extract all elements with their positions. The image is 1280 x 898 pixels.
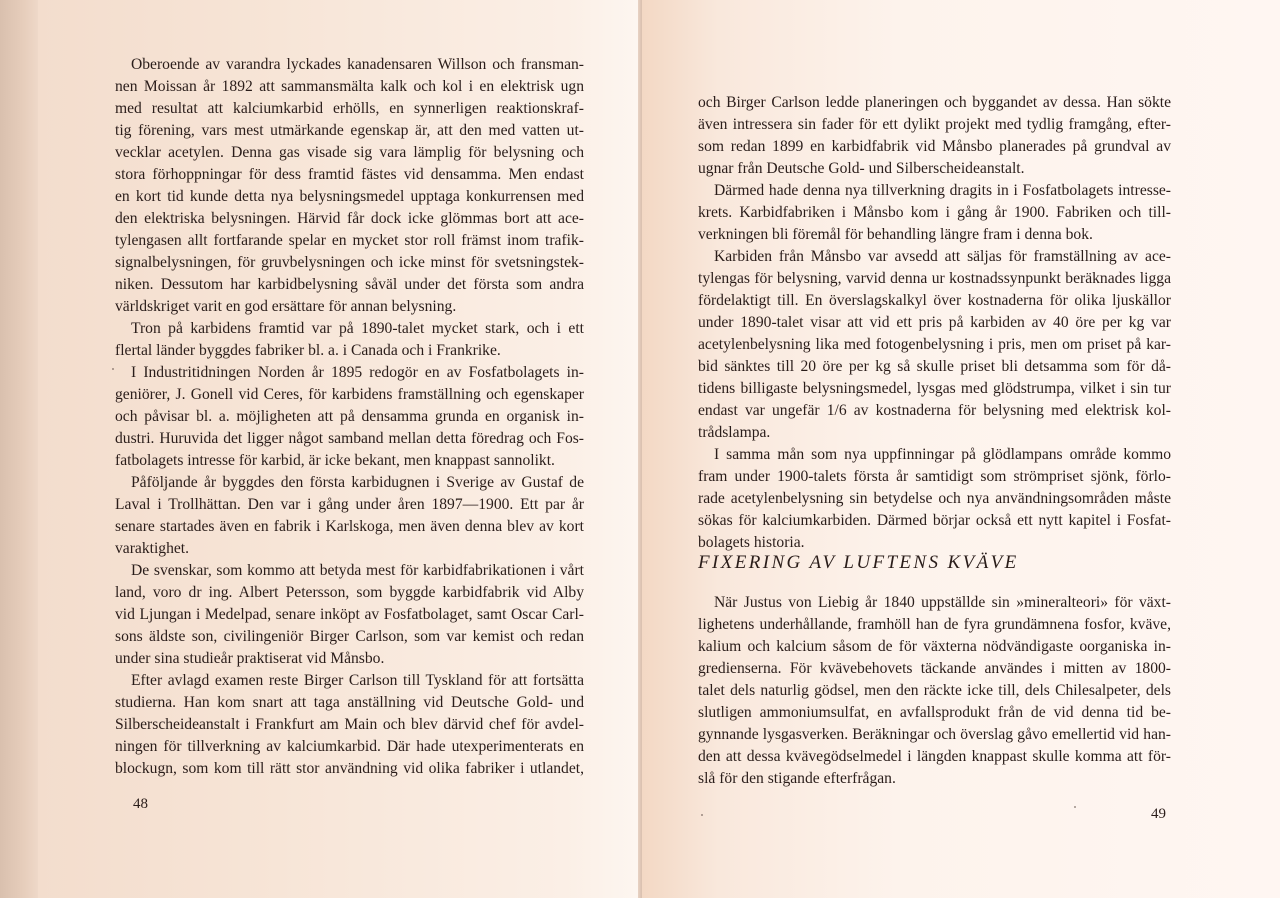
text-line: fördelaktigt till. En överslagskalkyl öv… bbox=[698, 290, 1171, 312]
paragraph: Därmed hade denna nya tillverkning dragi… bbox=[698, 180, 1171, 246]
text-line: signalbelysningen, för gruvbelysningen o… bbox=[115, 252, 584, 274]
right-page-section-body: När Justus von Liebig år 1840 uppställde… bbox=[698, 592, 1171, 790]
text-line: tig förening, vars mest utmärkande egens… bbox=[115, 120, 584, 142]
paragraph: Efter avlagd examen reste Birger Carlson… bbox=[115, 670, 584, 780]
text-line: I samma mån som nya uppfinningar på glöd… bbox=[698, 444, 1171, 466]
text-line: geniörer, J. Gonell vid Ceres, för karbi… bbox=[115, 384, 584, 406]
text-line: krets. Karbidfabriken i Månsbo kom i gån… bbox=[698, 202, 1171, 224]
text-line: Därmed hade denna nya tillverkning dragi… bbox=[698, 180, 1171, 202]
text-line: och Birger Carlson ledde planeringen och… bbox=[698, 92, 1171, 114]
text-line: gynnande lysgasverken. Beräkningar och ö… bbox=[698, 724, 1171, 746]
paragraph: De svenskar, som kommo att betyda mest f… bbox=[115, 560, 584, 670]
paragraph: Tron på karbidens framtid var på 1890-ta… bbox=[115, 318, 584, 362]
left-page-body: Oberoende av varandra lyckades kanadensa… bbox=[115, 54, 584, 780]
text-line: flertal länder byggdes fabriker bl. a. i… bbox=[115, 340, 584, 362]
text-line: sons äldste son, civilingeniör Birger Ca… bbox=[115, 626, 584, 648]
text-line: De svenskar, som kommo att betyda mest f… bbox=[115, 560, 584, 582]
text-line: stora förhoppningar för dess framtid fäs… bbox=[115, 164, 584, 186]
text-line: gredienserna. För kvävebehovets täckande… bbox=[698, 658, 1171, 680]
text-line: trådslampa. bbox=[698, 422, 1171, 444]
text-line: verkningen bli föremål för behandling lä… bbox=[698, 224, 1171, 246]
paragraph: I Industritidningen Norden år 1895 redog… bbox=[115, 362, 584, 472]
text-line: Laval i Trollhättan. Den var i gång unde… bbox=[115, 494, 584, 516]
text-line: dustri. Huruvida det ligger något samban… bbox=[115, 428, 584, 450]
text-line: Oberoende av varandra lyckades kanadensa… bbox=[115, 54, 584, 76]
text-line: lighetens underhållande, framhöll han de… bbox=[698, 614, 1171, 636]
text-line: Tron på karbidens framtid var på 1890-ta… bbox=[115, 318, 584, 340]
text-line: och påvisar bl. a. möjligheten att på de… bbox=[115, 406, 584, 428]
text-line: När Justus von Liebig år 1840 uppställde… bbox=[698, 592, 1171, 614]
text-line: under sina studieår praktiserat vid Måns… bbox=[115, 648, 584, 670]
text-line: kalium och kalcium såsom de för växterna… bbox=[698, 636, 1171, 658]
text-line: den att dessa kvävegödselmedel i längden… bbox=[698, 746, 1171, 768]
text-line: bid sänktes till 20 öre per kg så skulle… bbox=[698, 356, 1171, 378]
text-line: Påföljande år byggdes den första karbidu… bbox=[115, 472, 584, 494]
text-line: senare startades även en fabrik i Karlsk… bbox=[115, 516, 584, 538]
text-line: niken. Dessutom har karbidbelysning såvä… bbox=[115, 274, 584, 296]
section-heading: FIXERING AV LUFTENS KVÄVE bbox=[698, 552, 1019, 574]
text-line: I Industritidningen Norden år 1895 redog… bbox=[115, 362, 584, 384]
paragraph: och Birger Carlson ledde planeringen och… bbox=[698, 92, 1171, 180]
text-line: Karbiden från Månsbo var avsedd att sälj… bbox=[698, 246, 1171, 268]
text-line: sökas för kalciumkarbiden. Därmed börjar… bbox=[698, 510, 1171, 532]
text-line: med resultat att kalciumkarbid erhölls, … bbox=[115, 98, 584, 120]
text-line: under 1890-talet visar att vid ett pris … bbox=[698, 312, 1171, 334]
text-line: tylengasen allt fortfarande spelar en my… bbox=[115, 230, 584, 252]
text-line: vecklar acetylen. Denna gas visade sig v… bbox=[115, 142, 584, 164]
text-line: fatbolagets intresse för karbid, är icke… bbox=[115, 450, 584, 472]
text-line: ugnar från Deutsche Gold- und Silbersche… bbox=[698, 158, 1171, 180]
text-line: land, voro dr ing. Albert Petersson, som… bbox=[115, 582, 584, 604]
text-line: slå för den stigande efterfrågan. bbox=[698, 768, 1171, 790]
paragraph: Påföljande år byggdes den första karbidu… bbox=[115, 472, 584, 560]
paragraph: När Justus von Liebig år 1840 uppställde… bbox=[698, 592, 1171, 790]
text-line: även intressera sin fader för ett dylikt… bbox=[698, 114, 1171, 136]
text-line: den elektriska belysningen. Härvid får d… bbox=[115, 208, 584, 230]
page-number-left: 48 bbox=[133, 796, 148, 813]
text-line: acetylenbelysning lika med fotogenbelysn… bbox=[698, 334, 1171, 356]
text-line: blockugn, som kom till rätt stor användn… bbox=[115, 758, 584, 780]
text-line: vid Ljungan i Medelpad, senare inköpt av… bbox=[115, 604, 584, 626]
paragraph: I samma mån som nya uppfinningar på glöd… bbox=[698, 444, 1171, 554]
text-line: tidens billigaste belysningsmedel, lysga… bbox=[698, 378, 1171, 400]
text-line: bolagets historia. bbox=[698, 532, 1171, 554]
page-number-right: 49 bbox=[1151, 806, 1166, 823]
text-line: ningen för tillverkning av kalciumkarbid… bbox=[115, 736, 584, 758]
text-line: en kort tid kunde detta nya belysningsme… bbox=[115, 186, 584, 208]
text-line: fram under 1900-talets första år samtidi… bbox=[698, 466, 1171, 488]
paragraph: Oberoende av varandra lyckades kanadensa… bbox=[115, 54, 584, 318]
text-line: studierna. Han kom snart att taga anstäl… bbox=[115, 692, 584, 714]
right-page-body: och Birger Carlson ledde planeringen och… bbox=[698, 92, 1171, 554]
text-line: Efter avlagd examen reste Birger Carlson… bbox=[115, 670, 584, 692]
text-line: Silberscheideanstalt i Frankfurt am Main… bbox=[115, 714, 584, 736]
paper-speck bbox=[112, 368, 114, 370]
book-edge bbox=[0, 0, 38, 898]
paper-speck bbox=[701, 814, 703, 816]
text-line: tylengas för belysning, varvid denna ur … bbox=[698, 268, 1171, 290]
text-line: världskriget varit en god ersättare för … bbox=[115, 296, 584, 318]
text-line: rade acetylenbelysning sin betydelse och… bbox=[698, 488, 1171, 510]
text-line: slutligen ammoniumsulfat, en avfallsprod… bbox=[698, 702, 1171, 724]
text-line: endast var ungefär 1/6 av kostnaderna fö… bbox=[698, 400, 1171, 422]
text-line: nen Moissan år 1892 att sammansmälta kal… bbox=[115, 76, 584, 98]
text-line: som redan 1899 en karbidfabrik vid Månsb… bbox=[698, 136, 1171, 158]
paragraph: Karbiden från Månsbo var avsedd att sälj… bbox=[698, 246, 1171, 444]
paper-speck bbox=[1074, 806, 1076, 808]
text-line: talet dels naturlig gödsel, men den räck… bbox=[698, 680, 1171, 702]
text-line: varaktighet. bbox=[115, 538, 584, 560]
book-spread: Oberoende av varandra lyckades kanadensa… bbox=[0, 0, 1280, 898]
